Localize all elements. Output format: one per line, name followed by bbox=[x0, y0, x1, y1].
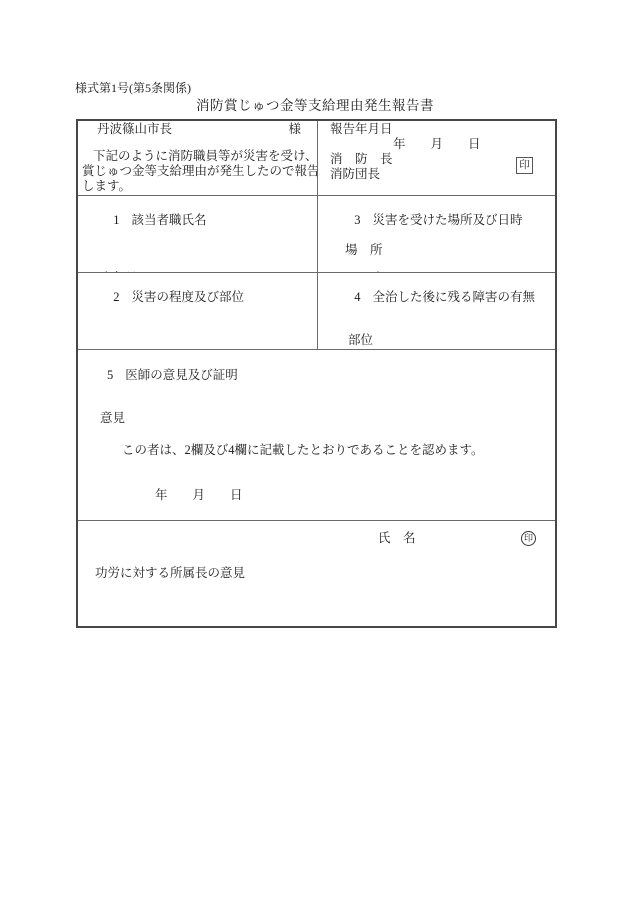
field-4-label: 全治した後に残る障害の有無 bbox=[373, 290, 536, 304]
field-row-2-4: 2災害の程度及び部位 4全治した後に残る障害の有無 部位 bbox=[78, 273, 555, 350]
field-5-cell: 5医師の意見及び証明 意見 この者は、2欄及び4欄に記載したとおりであることを認… bbox=[78, 350, 555, 521]
field-4-cell: 4全治した後に残る障害の有無 部位 bbox=[318, 273, 555, 349]
field-3-label: 災害を受けた場所及び日時 bbox=[373, 213, 523, 227]
notice-line: 賞じゅつ金等支給理由が発生したので報告 bbox=[78, 164, 317, 179]
doctor-opinion-label: 意見 bbox=[78, 411, 555, 426]
field-5-number: 5 bbox=[107, 368, 113, 382]
field-2-label: 災害の程度及び部位 bbox=[132, 290, 245, 304]
field-1-number: 1 bbox=[113, 213, 119, 227]
addressee-cell: 丹波篠山市長 様 下記のように消防職員等が災害を受け、 賞じゅつ金等支給理由が発… bbox=[78, 121, 318, 195]
form-page: 様式第1号(第5条関係) 消防賞じゅつ金等支給理由発生報告書 丹波篠山市長 様 … bbox=[0, 0, 630, 915]
birthdate-label: 生年月日 bbox=[82, 271, 317, 272]
field-5-label: 医師の意見及び証明 bbox=[125, 368, 238, 382]
doctor-date-placeholder: 年 月 日 bbox=[78, 488, 555, 503]
doctor-statement: この者は、2欄及び4欄に記載したとおりであることを認めます。 bbox=[78, 443, 555, 458]
place-label: 場 所 bbox=[323, 243, 555, 258]
field-1-cell: 1該当者職氏名 生年月日 bbox=[78, 196, 318, 272]
report-form-table: 丹波篠山市長 様 下記のように消防職員等が災害を受け、 賞じゅつ金等支給理由が発… bbox=[76, 119, 557, 628]
field-2-cell: 2災害の程度及び部位 bbox=[78, 273, 318, 349]
field-2-number: 2 bbox=[113, 290, 119, 304]
report-date-cell: 報告年月日 年 月 日 消 防 長 消防団長 印 bbox=[318, 121, 555, 195]
notice-line: します。 bbox=[78, 179, 317, 194]
field-4-number: 4 bbox=[354, 290, 360, 304]
report-date-label: 報告年月日 bbox=[318, 122, 555, 137]
addressee-label: 丹波篠山市長 bbox=[97, 122, 172, 137]
datetime-label: 日 時 bbox=[323, 271, 555, 272]
header-row: 丹波篠山市長 様 下記のように消防職員等が災害を受け、 賞じゅつ金等支給理由が発… bbox=[78, 121, 555, 196]
honorific-label: 様 bbox=[288, 122, 301, 137]
field-3-cell: 3災害を受けた場所及び日時 場 所 日 時 bbox=[318, 196, 555, 272]
notice-text: 下記のように消防職員等が災害を受け、 賞じゅつ金等支給理由が発生したので報告 し… bbox=[78, 149, 317, 194]
form-number: 様式第1号(第5条関係) bbox=[75, 81, 191, 96]
form-title: 消防賞じゅつ金等支給理由発生報告書 bbox=[0, 98, 630, 113]
report-date-placeholder: 年 月 日 bbox=[318, 137, 555, 152]
field-row-1-3: 1該当者職氏名 生年月日 3災害を受けた場所及び日時 場 所 日 時 bbox=[78, 196, 555, 273]
field-6-cell: 功労に対する所属長の意見 bbox=[78, 521, 555, 626]
supervisor-opinion-label: 功労に対する所属長の意見 bbox=[95, 566, 555, 581]
field-1-label: 該当者職氏名 bbox=[132, 213, 207, 227]
field-3-number: 3 bbox=[354, 213, 360, 227]
injury-part-label: 部位 bbox=[323, 333, 555, 348]
notice-line: 下記のように消防職員等が災害を受け、 bbox=[78, 149, 317, 164]
seal-stamp-box-icon: 印 bbox=[516, 157, 533, 174]
